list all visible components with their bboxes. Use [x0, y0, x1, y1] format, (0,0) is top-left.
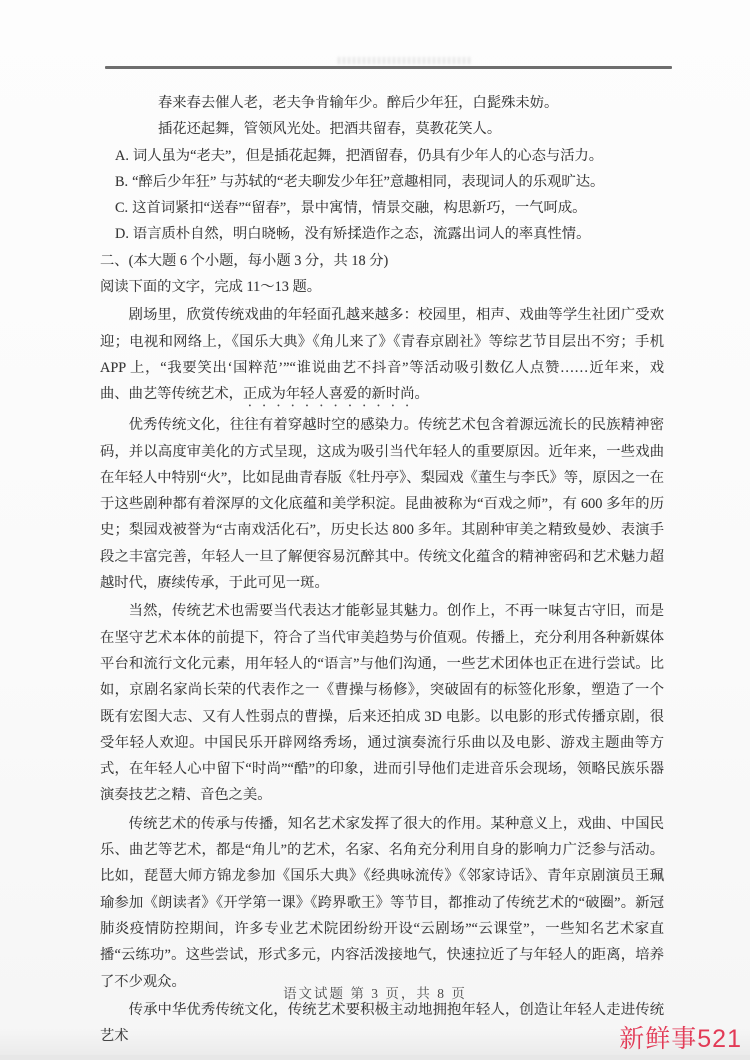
choice-option-d: D.语言质朴自然，明白晓畅，没有矫揉造作之态，流露出词人的率真性情。 — [100, 221, 664, 247]
option-text: 词人虽为“老夫”，但是插花起舞，把酒留春，仍具有少年人的心态与活力。 — [133, 148, 603, 164]
page-footer: 语文试题 第 3 页，共 8 页 — [0, 982, 750, 1002]
option-label: D. — [115, 226, 129, 242]
reading-instruction: 阅读下面的文字，完成 11～13 题。 — [100, 274, 664, 300]
section-heading: 二、(本大题 6 个小题，每小题 3 分，共 18 分) — [100, 248, 664, 274]
option-text: 这首词紧扣“送春”“留春”，景中寓情，情景交融，构思新巧，一气呵成。 — [132, 200, 586, 216]
option-label: B. — [115, 174, 128, 190]
choice-option-c: C.这首词紧扣“送春”“留春”，景中寓情，情景交融，构思新巧，一气呵成。 — [100, 195, 664, 221]
header-divider-line — [105, 66, 672, 69]
paragraph-text: 。 — [415, 386, 429, 402]
bleedthrough-smudge — [338, 57, 470, 64]
exam-body: 春来春去催人老，老夫争肯输年少。醉后少年狂，白髭殊未妨。 插花还起舞，管领风光处… — [100, 90, 664, 1049]
choice-option-b: B.“醉后少年狂” 与苏轼的“老夫聊发少年狂”意趣相同，表现词人的乐观旷达。 — [100, 169, 664, 195]
scan-edge — [0, 1055, 750, 1060]
watermark: 新鲜事521 — [619, 1019, 742, 1055]
emphasized-text: 正成为年轻人喜爱的新时尚 — [243, 386, 415, 402]
passage-paragraph-5: 传承中华优秀传统文化，传统艺术要积极主动地拥抱年轻人，创造让年轻人走进传统艺术 — [100, 997, 664, 1050]
passage-paragraph-1: 剧场里，欣赏传统戏曲的年轻面孔越来越多：校园里，相声、戏曲等学生社团广受欢迎；电… — [100, 302, 664, 410]
option-label: A. — [115, 148, 129, 164]
passage-paragraph-3: 当然，传统艺术也需要当代表达才能彰显其魅力。创作上，不再一味复古守旧，而是在坚守… — [100, 598, 664, 808]
choice-option-a: A.词人虽为“老夫”，但是插花起舞，把酒留春，仍具有少年人的心态与活力。 — [100, 143, 664, 169]
passage-paragraph-4: 传统艺术的传承与传播，知名艺术家发挥了很大的作用。某种意义上，戏曲、中国民乐、曲… — [100, 811, 664, 995]
option-text: “醉后少年狂” 与苏轼的“老夫聊发少年狂”意趣相同，表现词人的乐观旷达。 — [132, 174, 604, 190]
scanned-exam-page: 春来春去催人老，老夫争肯输年少。醉后少年狂，白髭殊未妨。 插花还起舞，管领风光处… — [0, 0, 750, 1060]
option-label: C. — [115, 200, 128, 216]
poem-line: 插花还起舞，管领风光处。把酒共留春，莫教花笑人。 — [100, 116, 664, 142]
option-text: 语言质朴自然，明白晓畅，没有矫揉造作之态，流露出词人的率真性情。 — [133, 226, 591, 242]
poem-line: 春来春去催人老，老夫争肯输年少。醉后少年狂，白髭殊未妨。 — [100, 90, 664, 116]
passage-paragraph-2: 优秀传统文化，往往有着穿越时空的感染力。传统艺术包含着源远流长的民族精神密码，并… — [100, 412, 664, 596]
